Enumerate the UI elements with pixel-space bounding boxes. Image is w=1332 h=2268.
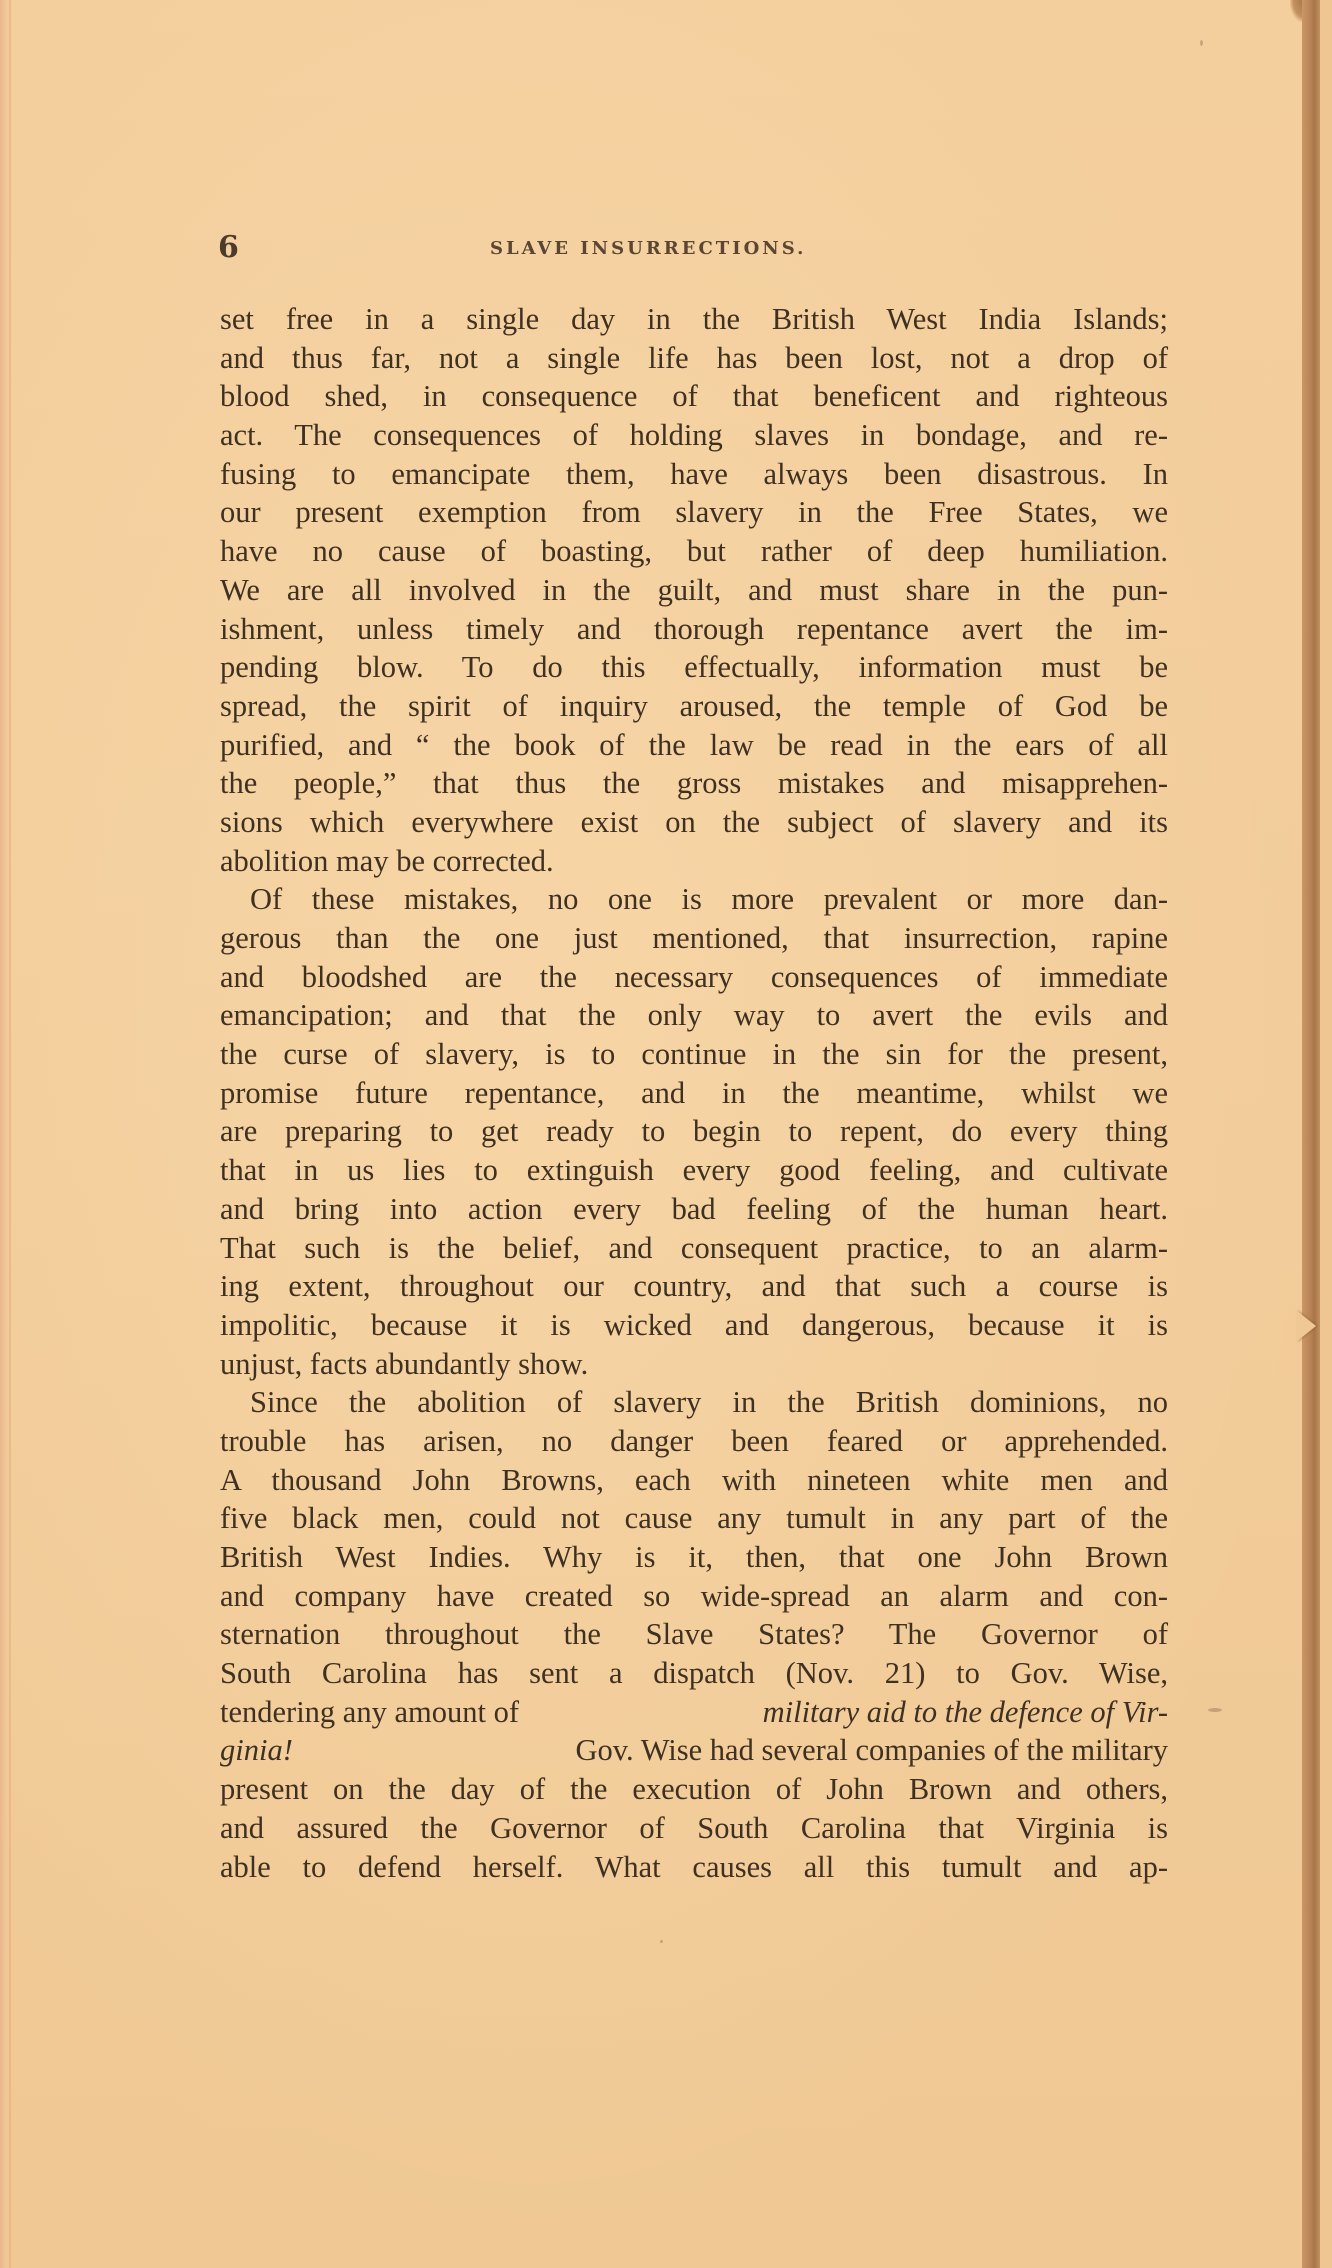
paragraph-3: Since the abolition of slavery in the Br…: [220, 1383, 1168, 1886]
text-line: the people,” that thus the gross mistake…: [220, 764, 1168, 803]
text-line: our present exemption from slavery in th…: [220, 493, 1168, 532]
text-line: fusing to emancipate them, have always b…: [220, 455, 1168, 494]
adjacent-page-edge: [1320, 0, 1332, 2268]
text-line: set free in a single day in the British …: [220, 300, 1168, 339]
text-line: and thus far, not a single life has been…: [220, 339, 1168, 378]
text-line: That such is the belief, and consequent …: [220, 1229, 1168, 1268]
running-head: SLAVE INSURRECTIONS.: [490, 234, 806, 264]
text-line: act. The consequences of holding slaves …: [220, 416, 1168, 455]
text-line: able to defend herself. What causes all …: [220, 1848, 1168, 1887]
italic-text-run: ginia!: [220, 1731, 293, 1770]
text-line-mixed: tendering any amount of military aid to …: [220, 1693, 1168, 1732]
text-line: sions which everywhere exist on the subj…: [220, 803, 1168, 842]
text-line: promise future repentance, and in the me…: [220, 1074, 1168, 1113]
text-line: spread, the spirit of inquiry aroused, t…: [220, 687, 1168, 726]
paper-speck: [1208, 1708, 1222, 1712]
text-line: that in us lies to extinguish every good…: [220, 1151, 1168, 1190]
paper-speck: [1200, 40, 1203, 46]
text-line: sternation throughout the Slave States? …: [220, 1615, 1168, 1654]
text-line-mixed: ginia! Gov. Wise had several companies o…: [220, 1731, 1168, 1770]
text-line: Since the abolition of slavery in the Br…: [220, 1383, 1168, 1422]
text-line: British West Indies. Why is it, then, th…: [220, 1538, 1168, 1577]
paper-speck: [660, 1940, 663, 1943]
text-line: present on the day of the execution of J…: [220, 1770, 1168, 1809]
text-line: We are all involved in the guilt, and mu…: [220, 571, 1168, 610]
text-line: abolition may be corrected.: [220, 842, 1168, 881]
text-line: pending blow. To do this effectually, in…: [220, 648, 1168, 687]
text-line: blood shed, in consequence of that benef…: [220, 377, 1168, 416]
text-line: and bring into action every bad feeling …: [220, 1190, 1168, 1229]
text-line: and company have created so wide-spread …: [220, 1577, 1168, 1616]
text-line: trouble has arisen, no danger been feare…: [220, 1422, 1168, 1461]
text-run: tendering any amount of: [220, 1693, 527, 1732]
page-header: 6 SLAVE INSURRECTIONS.: [218, 228, 1168, 268]
text-line: and assured the Governor of South Caroli…: [220, 1809, 1168, 1848]
text-line: are preparing to get ready to begin to r…: [220, 1112, 1168, 1151]
text-line: ishment, unless timely and thorough repe…: [220, 610, 1168, 649]
text-line: impolitic, because it is wicked and dang…: [220, 1306, 1168, 1345]
text-line: five black men, could not cause any tumu…: [220, 1499, 1168, 1538]
body-text: set free in a single day in the British …: [220, 300, 1168, 1886]
text-run: Gov. Wise had several companies of the m…: [560, 1731, 1168, 1770]
page-number: 6: [218, 228, 239, 268]
text-line: South Carolina has sent a dispatch (Nov.…: [220, 1654, 1168, 1693]
text-line: the curse of slavery, is to continue in …: [220, 1035, 1168, 1074]
text-line: unjust, facts abundantly show.: [220, 1345, 1168, 1384]
paragraph-2: Of these mistakes, no one is more preval…: [220, 880, 1168, 1383]
paragraph-1: set free in a single day in the British …: [220, 300, 1168, 880]
page-edge-fold: [1296, 1310, 1316, 1342]
text-line: gerous than the one just mentioned, that…: [220, 919, 1168, 958]
text-line: and bloodshed are the necessary conseque…: [220, 958, 1168, 997]
italic-text-run: military aid to the defence of Vir-: [763, 1693, 1168, 1732]
text-line: ing extent, throughout our country, and …: [220, 1267, 1168, 1306]
book-page: 6 SLAVE INSURRECTIONS. set free in a sin…: [0, 0, 1332, 2268]
text-line: Of these mistakes, no one is more preval…: [220, 880, 1168, 919]
page-left-border: [9, 0, 11, 2268]
binding-gutter-shadow: [1302, 0, 1320, 2268]
text-line: A thousand John Browns, each with ninete…: [220, 1461, 1168, 1500]
text-line: emancipation; and that the only way to a…: [220, 996, 1168, 1035]
text-line: purified, and “ the book of the law be r…: [220, 726, 1168, 765]
text-line: have no cause of boasting, but rather of…: [220, 532, 1168, 571]
